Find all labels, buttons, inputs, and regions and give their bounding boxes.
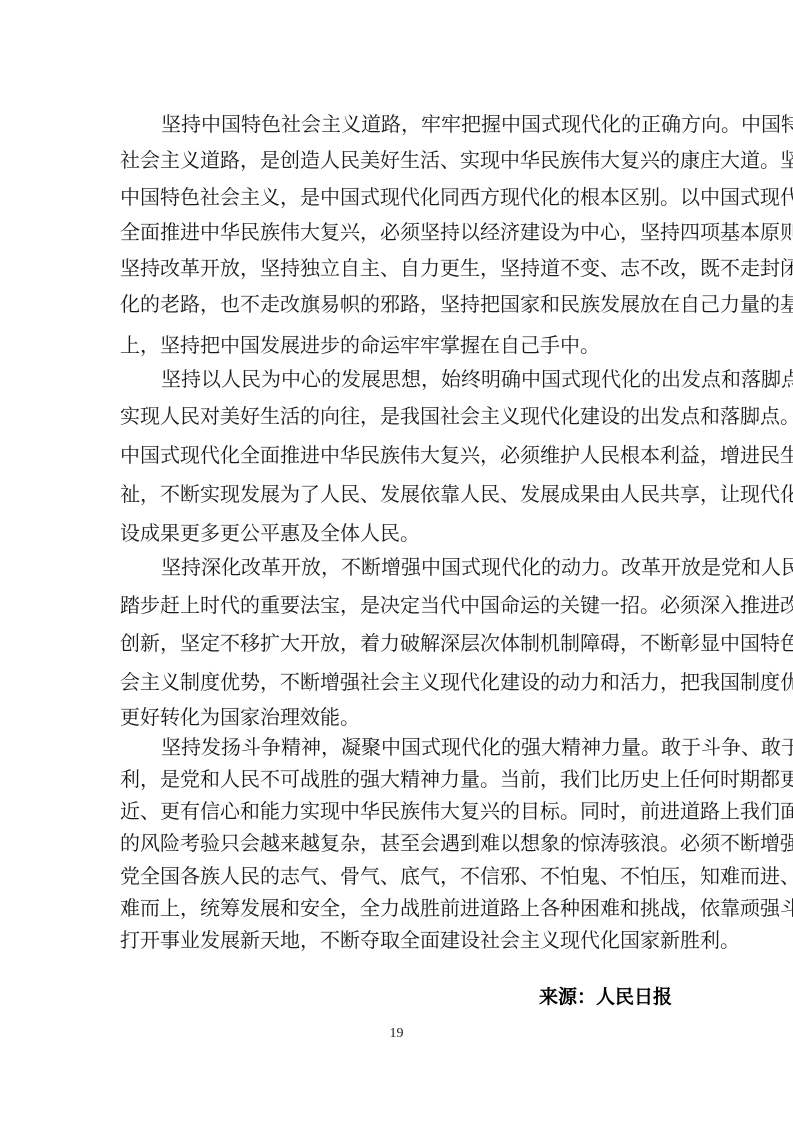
paragraph-line: 实现人民对美好生活的向往，是我国社会主义现代化建设的出发点和落脚点。以 <box>120 402 672 430</box>
paragraph-line: 党全国各族人民的志气、骨气、底气，不信邪、不怕鬼、不怕压，知难而进、迎 <box>120 862 672 890</box>
paragraph-line: 近、更有信心和能力实现中华民族伟大复兴的目标。同时，前进道路上我们面临 <box>120 797 672 825</box>
paragraph-line: 坚持深化改革开放，不断增强中国式现代化的动力。改革开放是党和人民大 <box>161 553 672 581</box>
paragraph-line: 坚持中国特色社会主义道路，牢牢把握中国式现代化的正确方向。中国特色 <box>161 110 672 138</box>
paragraph-line: 全面推进中华民族伟大复兴，必须坚持以经济建设为中心，坚持四项基本原则， <box>120 218 672 246</box>
paragraph-line: 中国式现代化全面推进中华民族伟大复兴，必须维护人民根本利益，增进民生福 <box>120 441 672 469</box>
paragraph-line: 上，坚持把中国发展进步的命运牢牢掌握在自己手中。 <box>120 331 672 359</box>
document-page: 坚持中国特色社会主义道路，牢牢把握中国式现代化的正确方向。中国特色 社会主义道路… <box>0 0 793 1122</box>
paragraph-line: 打开事业发展新天地，不断夺取全面建设社会主义现代化国家新胜利。 <box>120 926 672 954</box>
source-attribution: 来源：人民日报 <box>539 983 672 1011</box>
paragraph-line: 踏步赶上时代的重要法宝，是决定当代中国命运的关键一招。必须深入推进改革 <box>120 591 672 619</box>
paragraph-line: 的风险考验只会越来越复杂，甚至会遇到难以想象的惊涛骇浪。必须不断增强全 <box>120 829 672 857</box>
paragraph-line: 设成果更多更公平惠及全体人民。 <box>120 519 672 547</box>
paragraph-line: 会主义制度优势，不断增强社会主义现代化建设的动力和活力，把我国制度优势 <box>120 668 672 696</box>
paragraph-line: 坚持发扬斗争精神，凝聚中国式现代化的强大精神力量。敢于斗争、敢于胜 <box>161 733 672 761</box>
paragraph-line: 利，是党和人民不可战胜的强大精神力量。当前，我们比历史上任何时期都更接 <box>120 765 672 793</box>
paragraph-line: 坚持改革开放，坚持独立自主、自力更生，坚持道不变、志不改，既不走封闭僵 <box>120 254 672 282</box>
paragraph-line: 创新，坚定不移扩大开放，着力破解深层次体制机制障碍，不断彰显中国特色社 <box>120 629 672 657</box>
paragraph-line: 更好转化为国家治理效能。 <box>120 703 672 731</box>
paragraph-line: 化的老路，也不走改旗易帜的邪路，坚持把国家和民族发展放在自己力量的基点 <box>120 290 672 318</box>
paragraph-line: 坚持以人民为中心的发展思想，始终明确中国式现代化的出发点和落脚点。 <box>161 365 672 393</box>
paragraph-line: 社会主义道路，是创造人民美好生活、实现中华民族伟大复兴的康庄大道。坚持 <box>120 146 672 174</box>
page-number: 19 <box>0 1026 793 1042</box>
paragraph-line: 祉，不断实现发展为了人民、发展依靠人民、发展成果由人民共享，让现代化建 <box>120 480 672 508</box>
paragraph-line: 难而上，统筹发展和安全，全力战胜前进道路上各种困难和挑战，依靠顽强斗争 <box>120 894 672 922</box>
paragraph-line: 中国特色社会主义，是中国式现代化同西方现代化的根本区别。以中国式现代化 <box>120 183 672 211</box>
